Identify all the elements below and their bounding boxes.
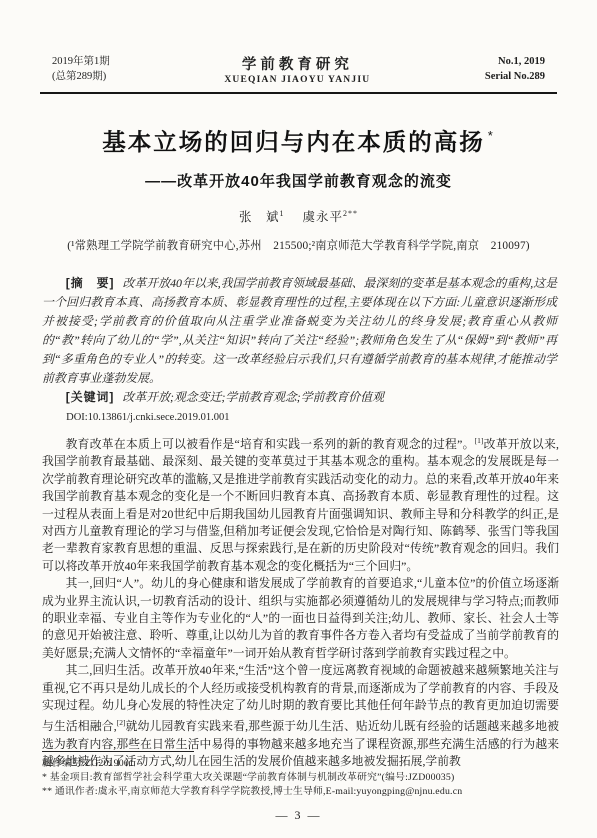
body-paragraph: 其一,回归“人”。幼儿的身心健康和谐发展成了学前教育的首要追求,“儿童本位”的价…: [42, 575, 559, 662]
citation-marker: [2]: [117, 718, 126, 727]
journal-masthead: 学前教育研究 XUEQIAN JIAOYU YANJIU: [224, 53, 370, 85]
header-divider: [40, 92, 557, 94]
abstract-paragraph: [摘 要]改革开放40年以来,我国学前教育领域最基础、最深刻的变革是基本观念的重…: [42, 274, 557, 388]
article-subtitle: ——改革开放40年我国学前教育观念的流变: [30, 170, 567, 191]
journal-page: 2019年第1期 (总第289期) 学前教育研究 XUEQIAN JIAOYU …: [0, 0, 597, 838]
journal-title-cn: 学前教育研究: [224, 53, 370, 74]
abstract-label: [摘 要]: [66, 276, 115, 290]
footnote-manuscript-no: 稿件编号:ZG2019001: [42, 757, 559, 771]
article-title-text: 基本立场的回归与内在本质的高扬: [102, 129, 485, 155]
issue-year-line: 2019年第1期: [52, 54, 110, 69]
author-affil-mark-1: 1: [280, 209, 285, 218]
body-paragraph: 教育改革在本质上可以被看作是“培育和实践一系列的新的教育观念的过程”。[1]改革…: [42, 432, 559, 575]
issue-info-right: No.1, 2019 Serial No.289: [485, 54, 545, 84]
footnote-corresponding-author: ** 通讯作者:虞永平,南京师范大学教育科学学院教授,博士生导师,E-mail:…: [42, 785, 559, 799]
issue-no-line: No.1, 2019: [485, 54, 545, 69]
author-name-2: 虞永平: [303, 210, 344, 224]
keywords-text: 改革开放;观念变迁;学前教育观念;学前教育价值观: [122, 390, 384, 404]
footnote-divider: [42, 751, 194, 752]
journal-header: 2019年第1期 (总第289期) 学前教育研究 XUEQIAN JIAOYU …: [52, 54, 545, 85]
page-number: — 3 —: [0, 808, 597, 823]
body-paragraphs: 教育改革在本质上可以被看作是“培育和实践一系列的新的教育观念的过程”。[1]改革…: [42, 432, 559, 771]
footnote-fund-project: * 基金项目:教育部哲学社会科学重大攻关课题“学前教育体制与机制改革研究”(编号…: [42, 771, 559, 785]
doi-line: DOI:10.13861/j.cnki.sece.2019.01.001: [42, 412, 557, 423]
author-name-1: 张 斌: [239, 210, 280, 224]
keywords-label: [关键词]: [66, 390, 115, 404]
abstract-text: 改革开放40年以来,我国学前教育领域最基础、最深刻的变革是基本观念的重构,这是一…: [42, 276, 557, 385]
author-line: 张 斌1虞永平2**: [0, 207, 597, 225]
affiliation-line: (¹常熟理工学院学前教育研究中心,苏州 215500;²南京师范大学教育科学学院…: [0, 237, 597, 253]
article-title: 基本立场的回归与内在本质的高扬*: [30, 121, 567, 157]
title-footnote-mark: *: [488, 128, 495, 143]
author-affil-mark-2: 2**: [343, 209, 358, 218]
journal-title-en: XUEQIAN JIAOYU YANJIU: [224, 75, 370, 85]
footnote-block: 稿件编号:ZG2019001 * 基金项目:教育部哲学社会科学重大攻关课题“学前…: [42, 751, 559, 799]
citation-marker: [1]: [475, 436, 484, 445]
keywords-line: [关键词]改革开放;观念变迁;学前教育观念;学前教育价值观: [42, 388, 557, 407]
issue-serial-line: (总第289期): [52, 69, 110, 84]
issue-info-left: 2019年第1期 (总第289期): [52, 54, 110, 84]
serial-no-line: Serial No.289: [485, 69, 545, 84]
